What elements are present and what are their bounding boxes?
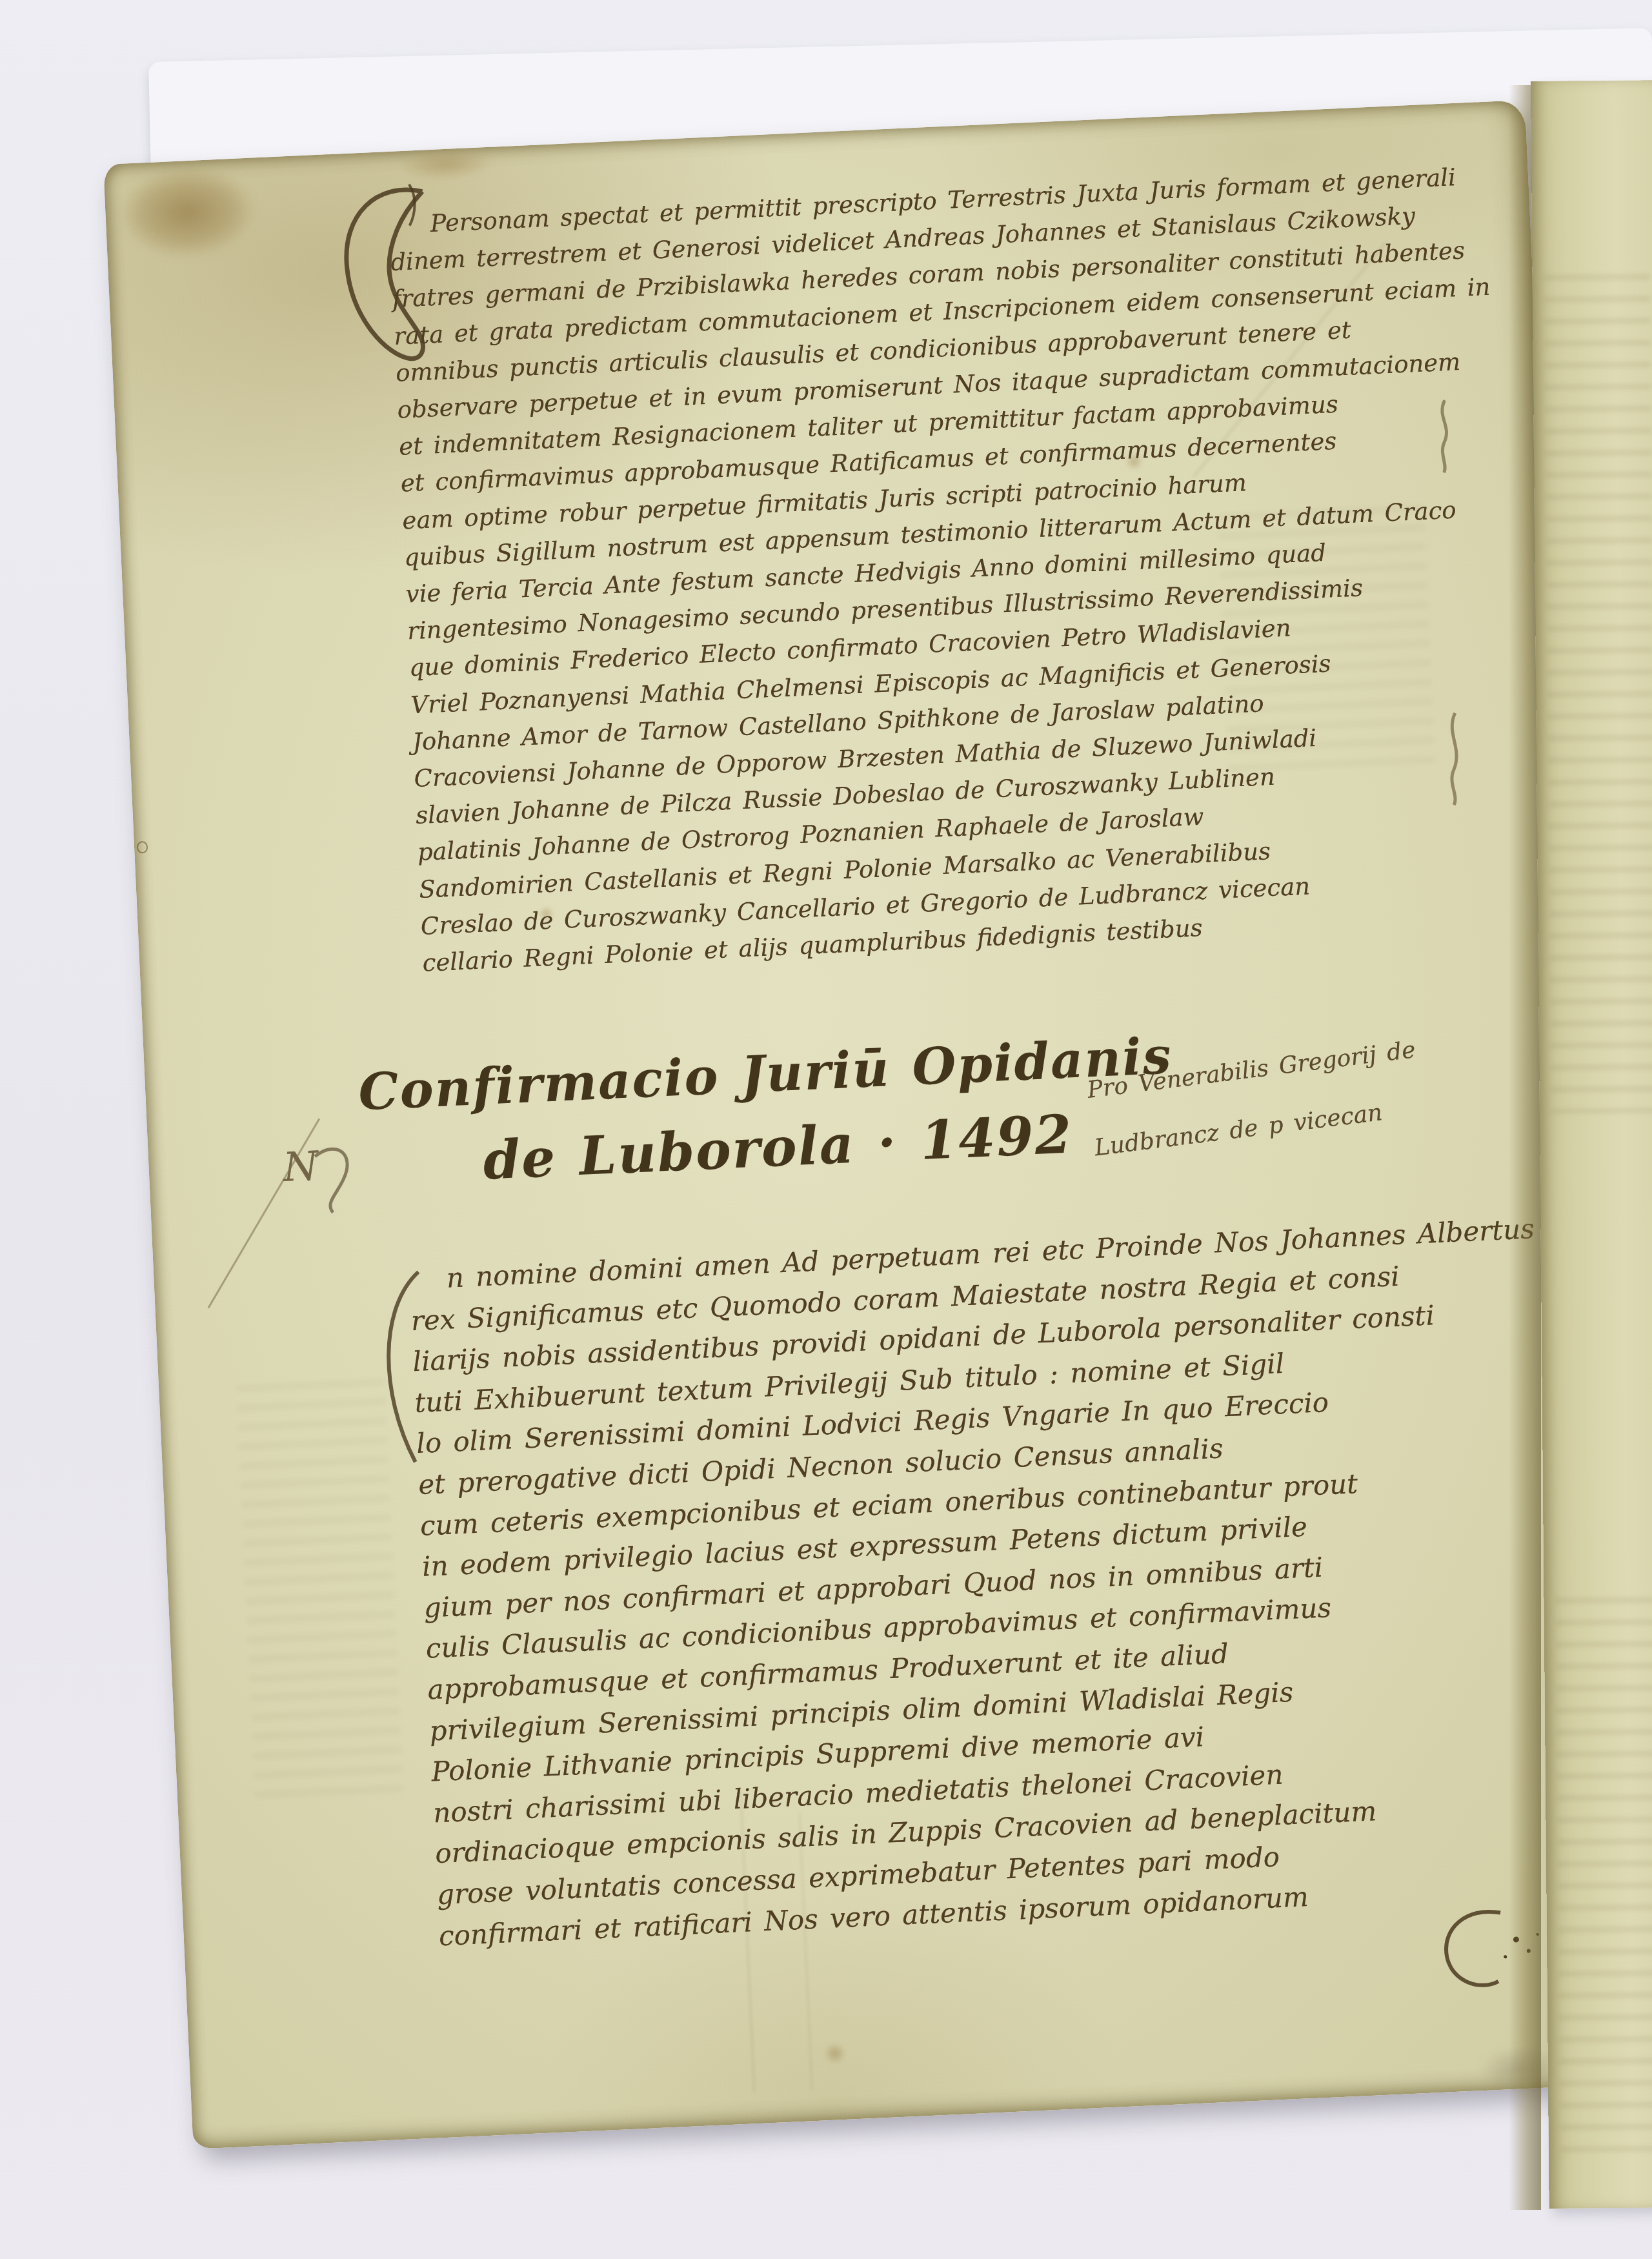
showthrough-text: [1556, 1597, 1652, 2165]
top-edge-stain: [380, 141, 511, 188]
heading: Confirmacio Juriū Opidanis de Luborola ·…: [357, 1019, 1177, 1203]
margin-signum: N: [282, 1142, 319, 1191]
signum-stroke-icon: [208, 1119, 321, 1309]
foxing-spot: [821, 2043, 848, 2064]
signum-flourish-icon: [308, 1144, 356, 1217]
scan-background: { "document": { "kind": "medieval manusc…: [0, 0, 1652, 2259]
end-flourish-icon: [1429, 1903, 1517, 1998]
text-block-1: Personam spectat et permittit prescripto…: [388, 163, 1403, 982]
facing-folio-edge: [1531, 80, 1652, 2209]
manuscript-page: Personam spectat et permittit prescripto…: [103, 100, 1615, 2149]
showthrough-text: [1544, 274, 1652, 1113]
text-block-2: n nomine domini amen Ad perpetuam rei et…: [408, 1210, 1529, 1957]
edge-squiggle-icon: [1425, 397, 1467, 476]
margin-ring-mark: [137, 841, 148, 854]
edge-squiggle-icon: [1433, 710, 1476, 809]
